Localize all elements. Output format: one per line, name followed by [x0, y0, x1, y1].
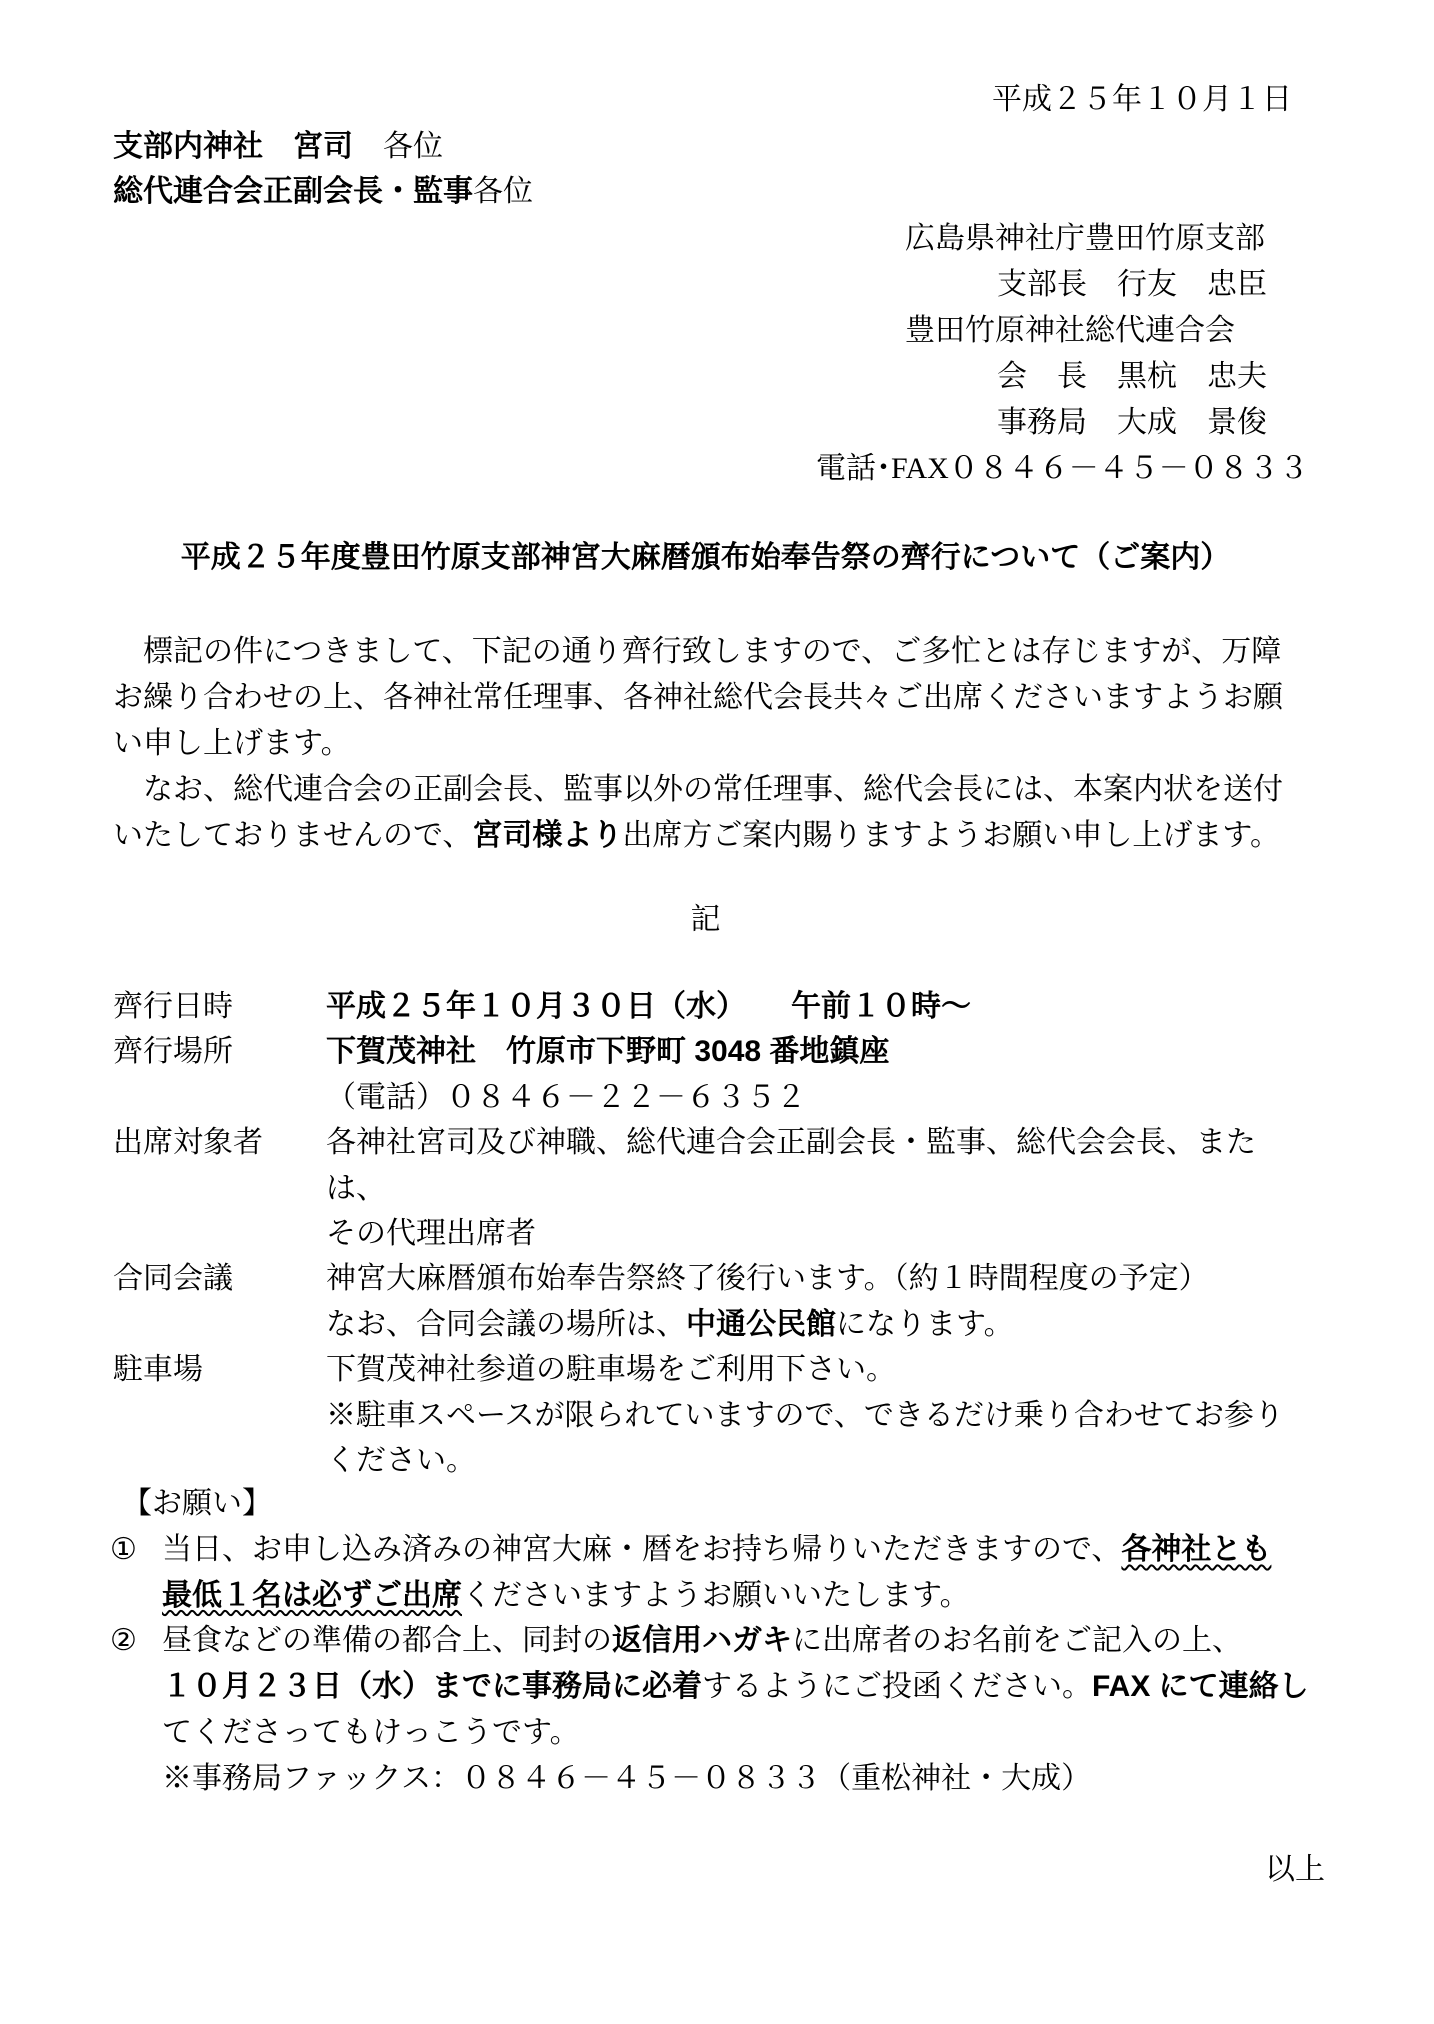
detail-label: 齊行日時: [113, 984, 326, 1029]
sender-tel-fax: 電話･FAX０８４６－４５－０８３３: [816, 446, 1309, 492]
recipient-name: 総代連合会正副会長・監事: [113, 175, 473, 208]
body-paragraphs: 標記の件につきまして、下記の通り齊行致しますので、ご多忙とは存じますが、万障 お…: [113, 629, 1303, 859]
detail-value: ※駐車スペースが限られていますので、できるだけ乗り合わせてお参り: [326, 1393, 1313, 1438]
recipient-line-1: 支部内神社 宮司 各位: [113, 124, 443, 170]
paragraph-line: 標記の件につきまして、下記の通り齊行致しますので、ご多忙とは存じますが、万障: [113, 629, 1303, 675]
emphasis-each-shrine: 各神社とも: [1121, 1533, 1271, 1566]
letter-page: 平成２５年１０月１日 支部内神社 宮司 各位 総代連合会正副会長・監事各位 広島…: [0, 0, 1434, 2024]
detail-row-meeting: 合同会議 神宮大麻暦頒布始奉告祭終了後行います。（約１時間程度の予定）: [113, 1256, 1313, 1301]
document-title: 平成２５年度豊田竹原支部神宮大麻暦頒布始奉告祭の齊行について（ご案内）: [113, 535, 1298, 581]
closing-ijou: 以上: [1265, 1847, 1325, 1893]
detail-row-attendees: 出席対象者 各神社宮司及び神職、総代連合会正副会長・監事、総代会会長、または、: [113, 1120, 1313, 1211]
detail-label: 合同会議: [113, 1256, 326, 1301]
recipient-name: 支部内神社 宮司: [113, 130, 353, 163]
request-item-1: ① 当日、お申し込み済みの神宮大麻・暦をお持ち帰りいただきますので、各神社とも: [110, 1527, 1325, 1573]
emphasis-deadline: １０月２３日（水）までに事務局に必着: [162, 1670, 702, 1703]
detail-row-phone: （電話）０８４６－２２－６３５２: [113, 1075, 1313, 1120]
detail-label: 齊行場所: [113, 1029, 326, 1074]
detail-row-datetime: 齊行日時 平成２５年１０月３０日（水） 午前１０時～: [113, 984, 1313, 1029]
request-item-2-cont2: てくださってもけっこうです。: [110, 1710, 1325, 1756]
detail-value: その代理出席者: [326, 1211, 1313, 1256]
detail-row-parking-note: ※駐車スペースが限られていますので、できるだけ乗り合わせてお参り: [113, 1393, 1313, 1438]
paragraph-line: いたしておりませんので、宮司様より出席方ご案内賜りますようお願い申し上げます。: [113, 813, 1303, 859]
detail-value: 下賀茂神社 竹原市下野町 3048 番地鎮座: [326, 1029, 1313, 1074]
ki-heading: 記: [113, 897, 1298, 943]
fax-note: ※事務局ファックス：０８４６－４５－０８３３（重松神社・大成）: [110, 1756, 1325, 1802]
detail-row-place: 齊行場所 下賀茂神社 竹原市下野町 3048 番地鎮座: [113, 1029, 1313, 1074]
request-item-1-cont: 最低１名は必ずご出席くださいますようお願いいたします。: [110, 1573, 1325, 1619]
detail-value: 神宮大麻暦頒布始奉告祭終了後行います。（約１時間程度の予定）: [326, 1256, 1313, 1301]
detail-row-parking: 駐車場 下賀茂神社参道の駐車場をご利用下さい。: [113, 1347, 1313, 1392]
detail-value: 下賀茂神社参道の駐車場をご利用下さい。: [326, 1347, 1313, 1392]
detail-value: （電話）０８４６－２２－６３５２: [326, 1075, 1313, 1120]
detail-value: 各神社宮司及び神職、総代連合会正副会長・監事、総代会会長、または、: [326, 1120, 1313, 1211]
detail-label: 出席対象者: [113, 1120, 326, 1211]
item-number: ①: [110, 1527, 162, 1573]
detail-value: ください。: [326, 1438, 1313, 1483]
paragraph-line: なお、総代連合会の正副会長、監事以外の常任理事、総代会長には、本案内状を送付: [113, 767, 1303, 813]
request-header: 【お願い】: [110, 1481, 1325, 1527]
sender-org-2: 豊田竹原神社総代連合会: [905, 308, 1309, 354]
request-item-2-cont: １０月２３日（水）までに事務局に必着するようにご投函ください。FAX にて連絡し: [110, 1664, 1325, 1710]
item-text: 当日、お申し込み済みの神宮大麻・暦をお持ち帰りいただきますので、各神社とも: [162, 1527, 1271, 1573]
paragraph-line: い申し上げます。: [113, 721, 1303, 767]
document-date: 平成２５年１０月１日: [992, 77, 1292, 123]
detail-row-attendees-cont: その代理出席者: [113, 1211, 1313, 1256]
emphasis-venue: 中通公民館: [686, 1308, 836, 1341]
request-item-2: ② 昼食などの準備の都合上、同封の返信用ハガキに出席者のお名前をご記入の上、: [110, 1618, 1325, 1664]
sender-block: 広島県神社庁豊田竹原支部 支部長 行友 忠臣 豊田竹原神社総代連合会 会 長 黒…: [905, 216, 1309, 492]
emphasis-fax-contact: FAX にて連絡し: [1092, 1670, 1309, 1703]
details-section: 齊行日時 平成２５年１０月３０日（水） 午前１０時～ 齊行場所 下賀茂神社 竹原…: [113, 984, 1313, 1483]
item-number: ②: [110, 1618, 162, 1664]
recipient-honorific: 各位: [353, 130, 443, 163]
emphasis-attendance: 最低１名は必ずご出席: [162, 1579, 462, 1612]
recipient-line-2: 総代連合会正副会長・監事各位: [113, 169, 533, 215]
sender-org-1: 広島県神社庁豊田竹原支部: [905, 216, 1309, 262]
detail-row-parking-note-cont: ください。: [113, 1438, 1313, 1483]
detail-value: なお、合同会議の場所は、中通公民館になります。: [326, 1302, 1313, 1347]
item-text: 昼食などの準備の都合上、同封の返信用ハガキに出席者のお名前をご記入の上、: [162, 1618, 1242, 1664]
sender-person-3: 事務局 大成 景俊: [905, 400, 1309, 446]
detail-value: 平成２５年１０月３０日（水） 午前１０時～: [326, 984, 1313, 1029]
emphasis-reply-postcard: 返信用ハガキ: [612, 1624, 792, 1657]
emphasis-guji-sama: 宮司様より: [472, 819, 622, 852]
detail-row-meeting-cont: なお、合同会議の場所は、中通公民館になります。: [113, 1302, 1313, 1347]
detail-label: 駐車場: [113, 1347, 326, 1392]
request-section: 【お願い】 ① 当日、お申し込み済みの神宮大麻・暦をお持ち帰りいただきますので、…: [110, 1481, 1325, 1802]
paragraph-line: お繰り合わせの上、各神社常任理事、各神社総代会長共々ご出席くださいますようお願: [113, 675, 1303, 721]
sender-person-1: 支部長 行友 忠臣: [905, 262, 1309, 308]
recipient-honorific: 各位: [473, 175, 533, 208]
sender-person-2: 会 長 黒杭 忠夫: [905, 354, 1309, 400]
